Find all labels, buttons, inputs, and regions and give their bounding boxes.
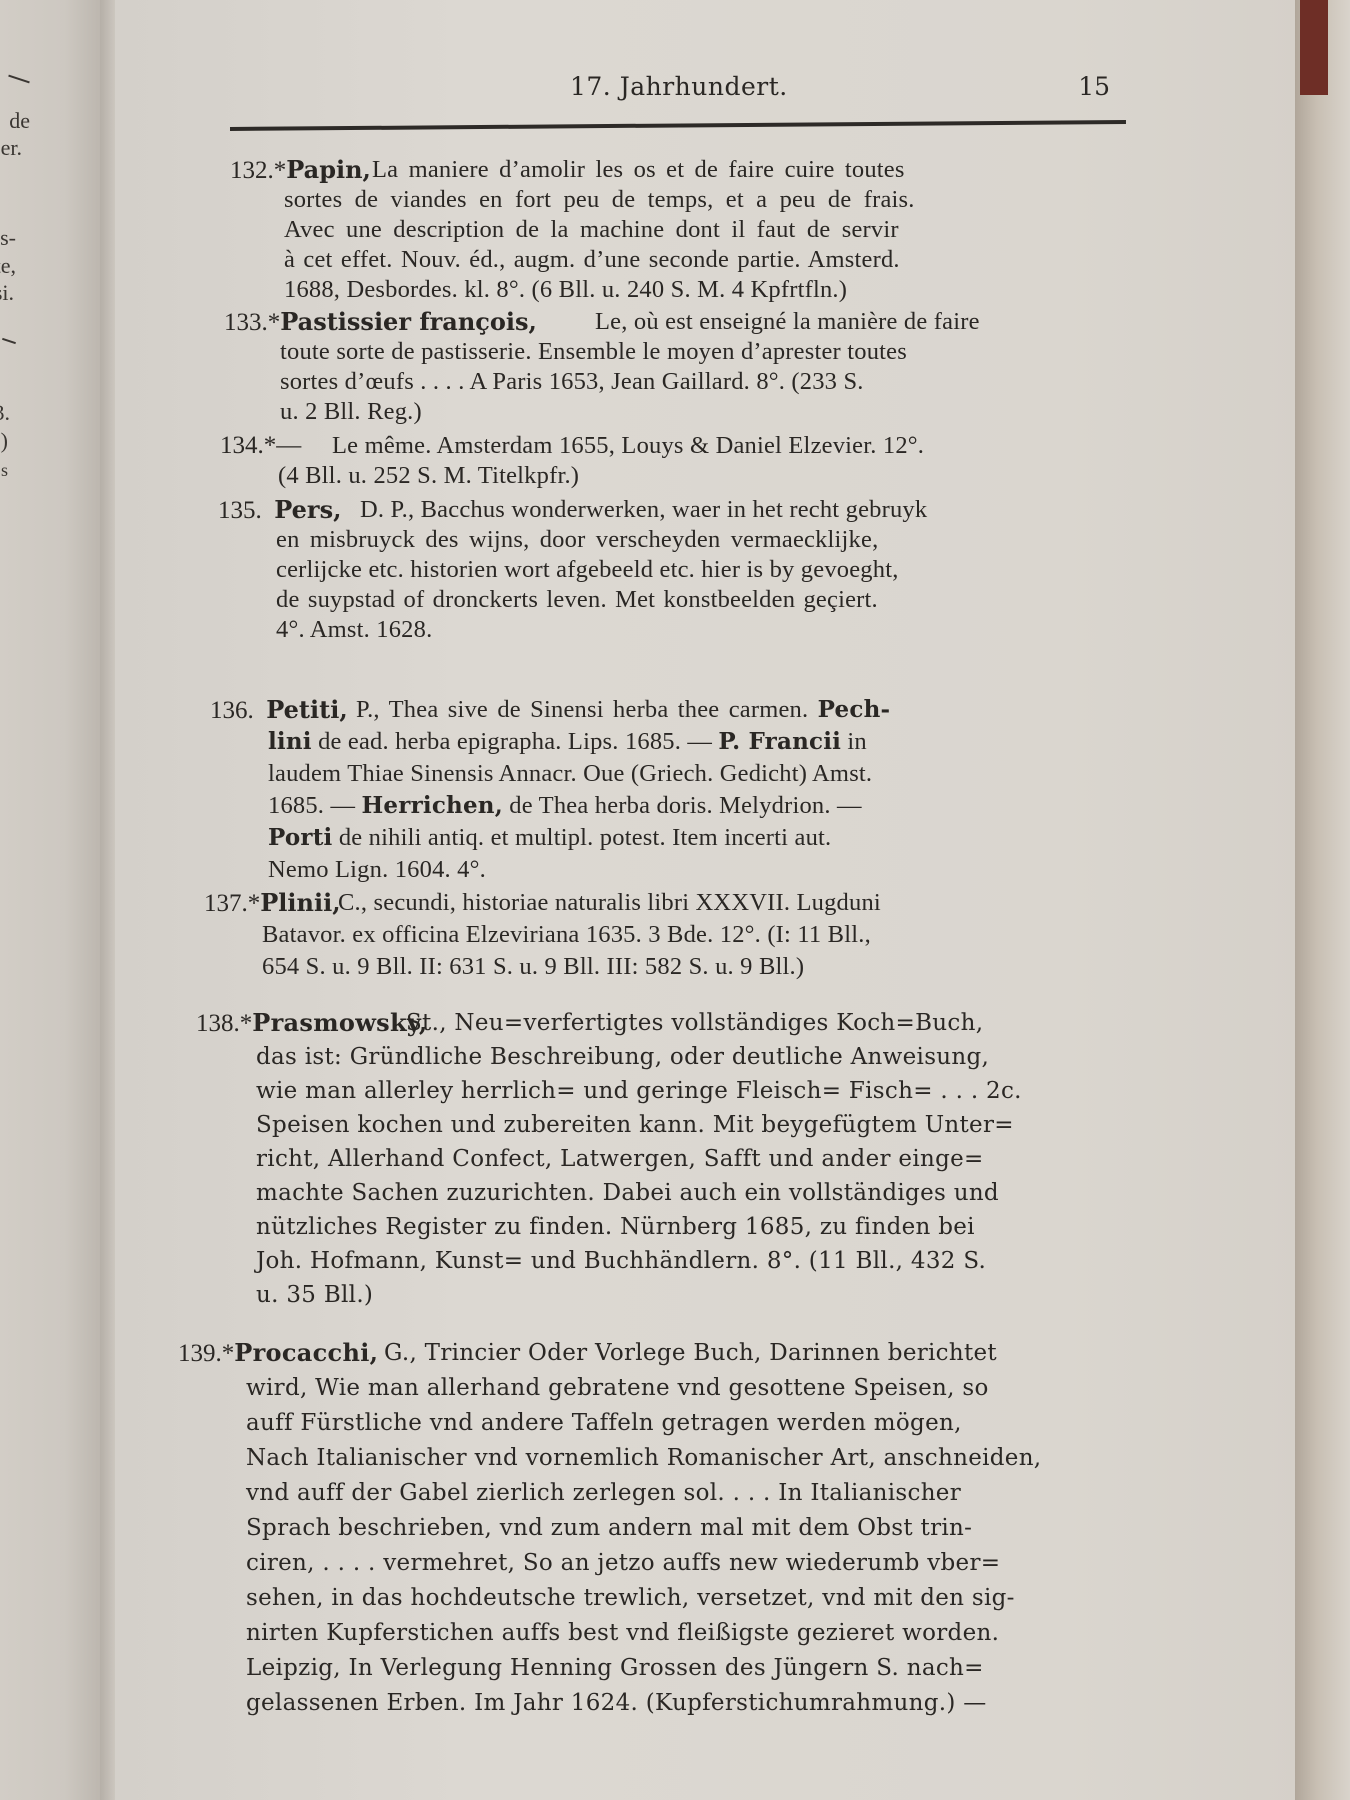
entry-line: das ist: Gründliche Beschreibung, oder d… [256,1042,989,1072]
entry-author: Plinii, [260,888,340,917]
left-page-text-fragment: er. [1,135,22,161]
entry-author: Petiti, [266,695,347,724]
author-herrichen: Herrichen, [361,792,502,819]
entry-line: auff Fürstliche vnd andere Taffeln getra… [246,1408,962,1438]
page-number: 15 [1078,72,1110,101]
entry-line: 654 S. u. 9 Bll. II: 631 S. u. 9 Bll. II… [262,952,804,982]
entry-line: Nemo Lign. 1604. 4°. [268,855,486,885]
entry-line: Nach Italianischer vnd vornemlich Romani… [246,1443,1041,1473]
entry-line: Batavor. ex officina Elzeviriana 1635. 3… [262,920,871,950]
entry-line: 4°. Amst. 1628. [276,615,432,645]
entry-line: 1688, Desbordes. kl. 8°. (6 Bll. u. 240 … [284,275,847,305]
entry-line: nirten Kupferstichen auffs best vnd flei… [246,1618,999,1648]
entry-line: richt, Allerhand Confect, Latwergen, Saf… [256,1144,984,1174]
left-page-text-fragment: de [9,108,30,134]
entry-line: ciren, . . . . vermehret, So an jetzo au… [246,1548,1000,1578]
entry-line: (4 Bll. u. 252 S. M. Titelkpfr.) [278,461,579,491]
author-francii: P. Francii [718,728,841,755]
entry-line: sortes de viandes en fort peu de temps, … [284,185,915,215]
entry-line: nützliches Register zu finden. Nürnberg … [256,1212,975,1242]
entry-number: 134.*— [220,431,301,461]
left-page-text-fragment: te, [0,253,16,279]
left-page-text-fragment: ) [1,428,8,454]
entry-line: Sprach beschrieben, vnd zum andern mal m… [246,1513,972,1543]
entry-number: 132.*Papin, [230,155,371,186]
entry-author: Papin, [286,155,371,184]
entry-line: cerlijcke etc. historien wort afgebeeld … [276,555,899,585]
entry-number: 135. Pers, [218,495,341,526]
entry-line: D. P., Bacchus wonderwerken, waer in het… [360,495,927,525]
entry-line: en misbruyck des wijns, door verscheyden… [276,525,878,555]
entry-line: Le même. Amsterdam 1655, Louys & Daniel … [332,431,924,461]
entry-author: Procacchi, [234,1338,378,1367]
page-header: 17. Jahrhundert. 15 [230,72,1110,112]
entry-line: La maniere d’amolir les os et de faire c… [372,155,905,185]
entry-number: 139.*Procacchi, [178,1338,378,1369]
entry-line: G., Trincier Oder Vorlege Buch, Darinnen… [384,1338,997,1368]
facing-left-page-edge: de er. is- te, si. 3. ) s [0,0,108,1800]
left-page-text-fragment: is- [0,225,16,251]
running-head: 17. Jahrhundert. [570,72,788,101]
entry-number: 137.*Plinii, [204,888,341,919]
entry-author: Pers, [274,495,341,524]
book-cover-edge [1300,0,1328,95]
entry-line: 1685. — Herrichen, de Thea herba doris. … [268,791,862,821]
left-page-rule [8,75,30,84]
entry-line: machte Sachen zuzurichten. Dabei auch ei… [256,1178,999,1208]
left-page-text-fragment: s [1,460,8,481]
entry-line: C., secundi, historiae naturalis libri X… [338,888,881,918]
entry-line: sehen, in das hochdeutsche trewlich, ver… [246,1583,1015,1613]
entry-number: 133.*Pastissier françois, [224,307,537,338]
entry-line: wie man allerley herrlich= und geringe F… [256,1076,1022,1106]
entry-line: Le, où est enseigné la manière de faire [595,307,980,337]
entry-line: sortes d’œufs . . . . A Paris 1653, Jean… [280,367,864,397]
entry-line: Joh. Hofmann, Kunst= und Buchhändlern. 8… [256,1246,986,1276]
entry-line: St., Neu=verfertigtes vollständiges Koch… [406,1008,983,1038]
entry-line: u. 2 Bll. Reg.) [280,397,422,427]
entry-line: gelassenen Erben. Im Jahr 1624. (Kupfers… [246,1688,987,1718]
author-pechlini: Pech- [818,696,891,723]
entry-line: Avec une description de la machine dont … [284,215,899,245]
entry-line: Leipzig, In Verlegung Henning Grossen de… [246,1653,984,1683]
entry-line: u. 35 Bll.) [256,1280,373,1310]
entry-line: laudem Thiae Sinensis Annacr. Oue (Griec… [268,759,872,789]
entry-line: Porti de nihili antiq. et multipl. potes… [268,823,831,853]
entry-line: à cet effet. Nouv. éd., augm. d’une seco… [284,245,900,275]
entry-number: 136. Petiti, [210,695,348,726]
entry-line: vnd auff der Gabel zierlich zerlegen sol… [246,1478,961,1508]
entry-line: lini de ead. herba epigrapha. Lips. 1685… [268,727,867,757]
entry-line: Speisen kochen und zubereiten kann. Mit … [256,1110,1014,1140]
entry-line: de suypstad of dronckerts leven. Met kon… [276,585,878,615]
entry-number: 138.*Prasmowsky, [196,1008,428,1039]
entry-author: Prasmowsky, [252,1008,427,1037]
entry-author: Pastissier françois, [280,307,537,336]
author-porti: Porti [268,824,333,851]
left-page-text-fragment: 3. [0,400,10,426]
page-right-edge [1295,0,1350,1800]
left-page-text-fragment: si. [0,280,14,306]
left-page-rule [2,338,16,344]
entry-line: P., Thea sive de Sinensi herba thee carm… [356,695,890,725]
entry-line: toute sorte de pastisserie. Ensemble le … [280,337,907,367]
entry-line: wird, Wie man allerhand gebratene vnd ge… [246,1373,989,1403]
